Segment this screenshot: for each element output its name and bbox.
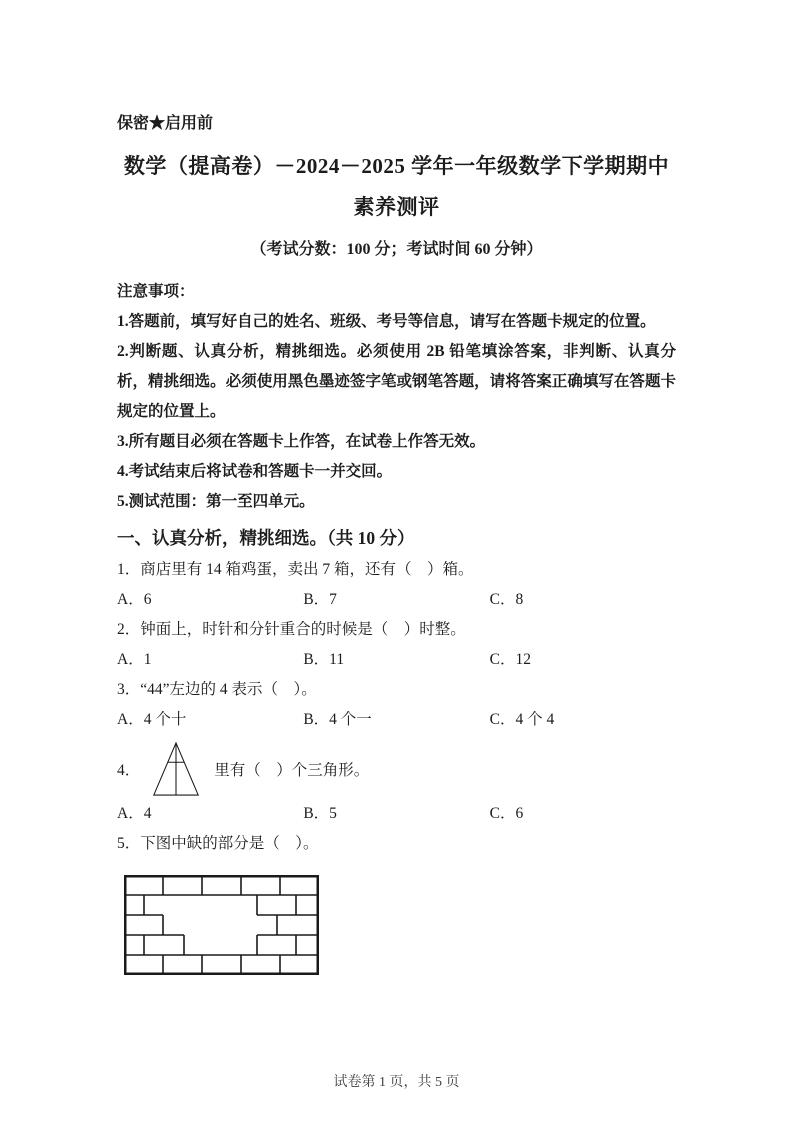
exam-page: 保密★启用前 数学（提高卷）－2024－2025 学年一年级数学下学期期中素养测… xyxy=(0,0,793,1122)
exam-info: （考试分数：100 分；考试时间 60 分钟） xyxy=(117,237,676,263)
question-1-option-c: C．8 xyxy=(490,585,676,615)
note-item-3: 3.所有题目必须在答题卡上作答，在试卷上作答无效。 xyxy=(117,427,676,457)
note-item-5: 5.测试范围：第一至四单元。 xyxy=(117,487,676,517)
page-footer: 试卷第 1 页，共 5 页 xyxy=(0,1072,793,1094)
question-2-option-a: A．1 xyxy=(117,645,303,675)
question-4-number: 4． xyxy=(117,758,140,780)
question-3-option-a: A．4 个十 xyxy=(117,705,303,735)
question-4-options: A．4 B．5 C．6 xyxy=(117,799,676,829)
triangle-figure xyxy=(148,740,204,798)
question-3-option-c: C．4 个 4 xyxy=(490,705,676,735)
question-4-suffix: 里有（ ）个三角形。 xyxy=(214,758,369,780)
question-3-option-b: B．4 个一 xyxy=(303,705,489,735)
question-1-options: A．6 B．7 C．8 xyxy=(117,585,676,615)
question-1-option-b: B．7 xyxy=(303,585,489,615)
notes-heading: 注意事项： xyxy=(117,277,676,307)
question-5-text: 5．下图中缺的部分是（ ）。 xyxy=(117,829,676,859)
question-1-option-a: A．6 xyxy=(117,585,303,615)
question-2-option-b: B．11 xyxy=(303,645,489,675)
question-2-options: A．1 B．11 C．12 xyxy=(117,645,676,675)
question-4-text: 4． 里有（ ）个三角形。 xyxy=(117,739,676,799)
question-3-options: A．4 个十 B．4 个一 C．4 个 4 xyxy=(117,705,676,735)
question-2-text: 2．钟面上，时针和分针重合的时候是（ ）时整。 xyxy=(117,615,676,645)
question-4-option-c: C．6 xyxy=(490,799,676,829)
question-4-option-b: B．5 xyxy=(303,799,489,829)
brick-wall-figure xyxy=(124,875,319,975)
section-heading: 一、认真分析，精挑细选。（共 10 分） xyxy=(117,521,676,555)
question-4-option-a: A．4 xyxy=(117,799,303,829)
security-label: 保密★启用前 xyxy=(117,0,676,134)
note-item-2: 2.判断题、认真分析，精挑细选。必须使用 2B 铅笔填涂答案，非判断、认真分析，… xyxy=(117,337,676,427)
question-1-text: 1．商店里有 14 箱鸡蛋，卖出 7 箱，还有（ ）箱。 xyxy=(117,555,676,585)
note-item-4: 4.考试结束后将试卷和答题卡一并交回。 xyxy=(117,457,676,487)
page-title: 数学（提高卷）－2024－2025 学年一年级数学下学期期中素养测评 xyxy=(117,146,676,228)
question-2-option-c: C．12 xyxy=(490,645,676,675)
note-item-1: 1.答题前，填写好自己的姓名、班级、考号等信息，请写在答题卡规定的位置。 xyxy=(117,307,676,337)
question-3-text: 3．“44”左边的 4 表示（ ）。 xyxy=(117,675,676,705)
